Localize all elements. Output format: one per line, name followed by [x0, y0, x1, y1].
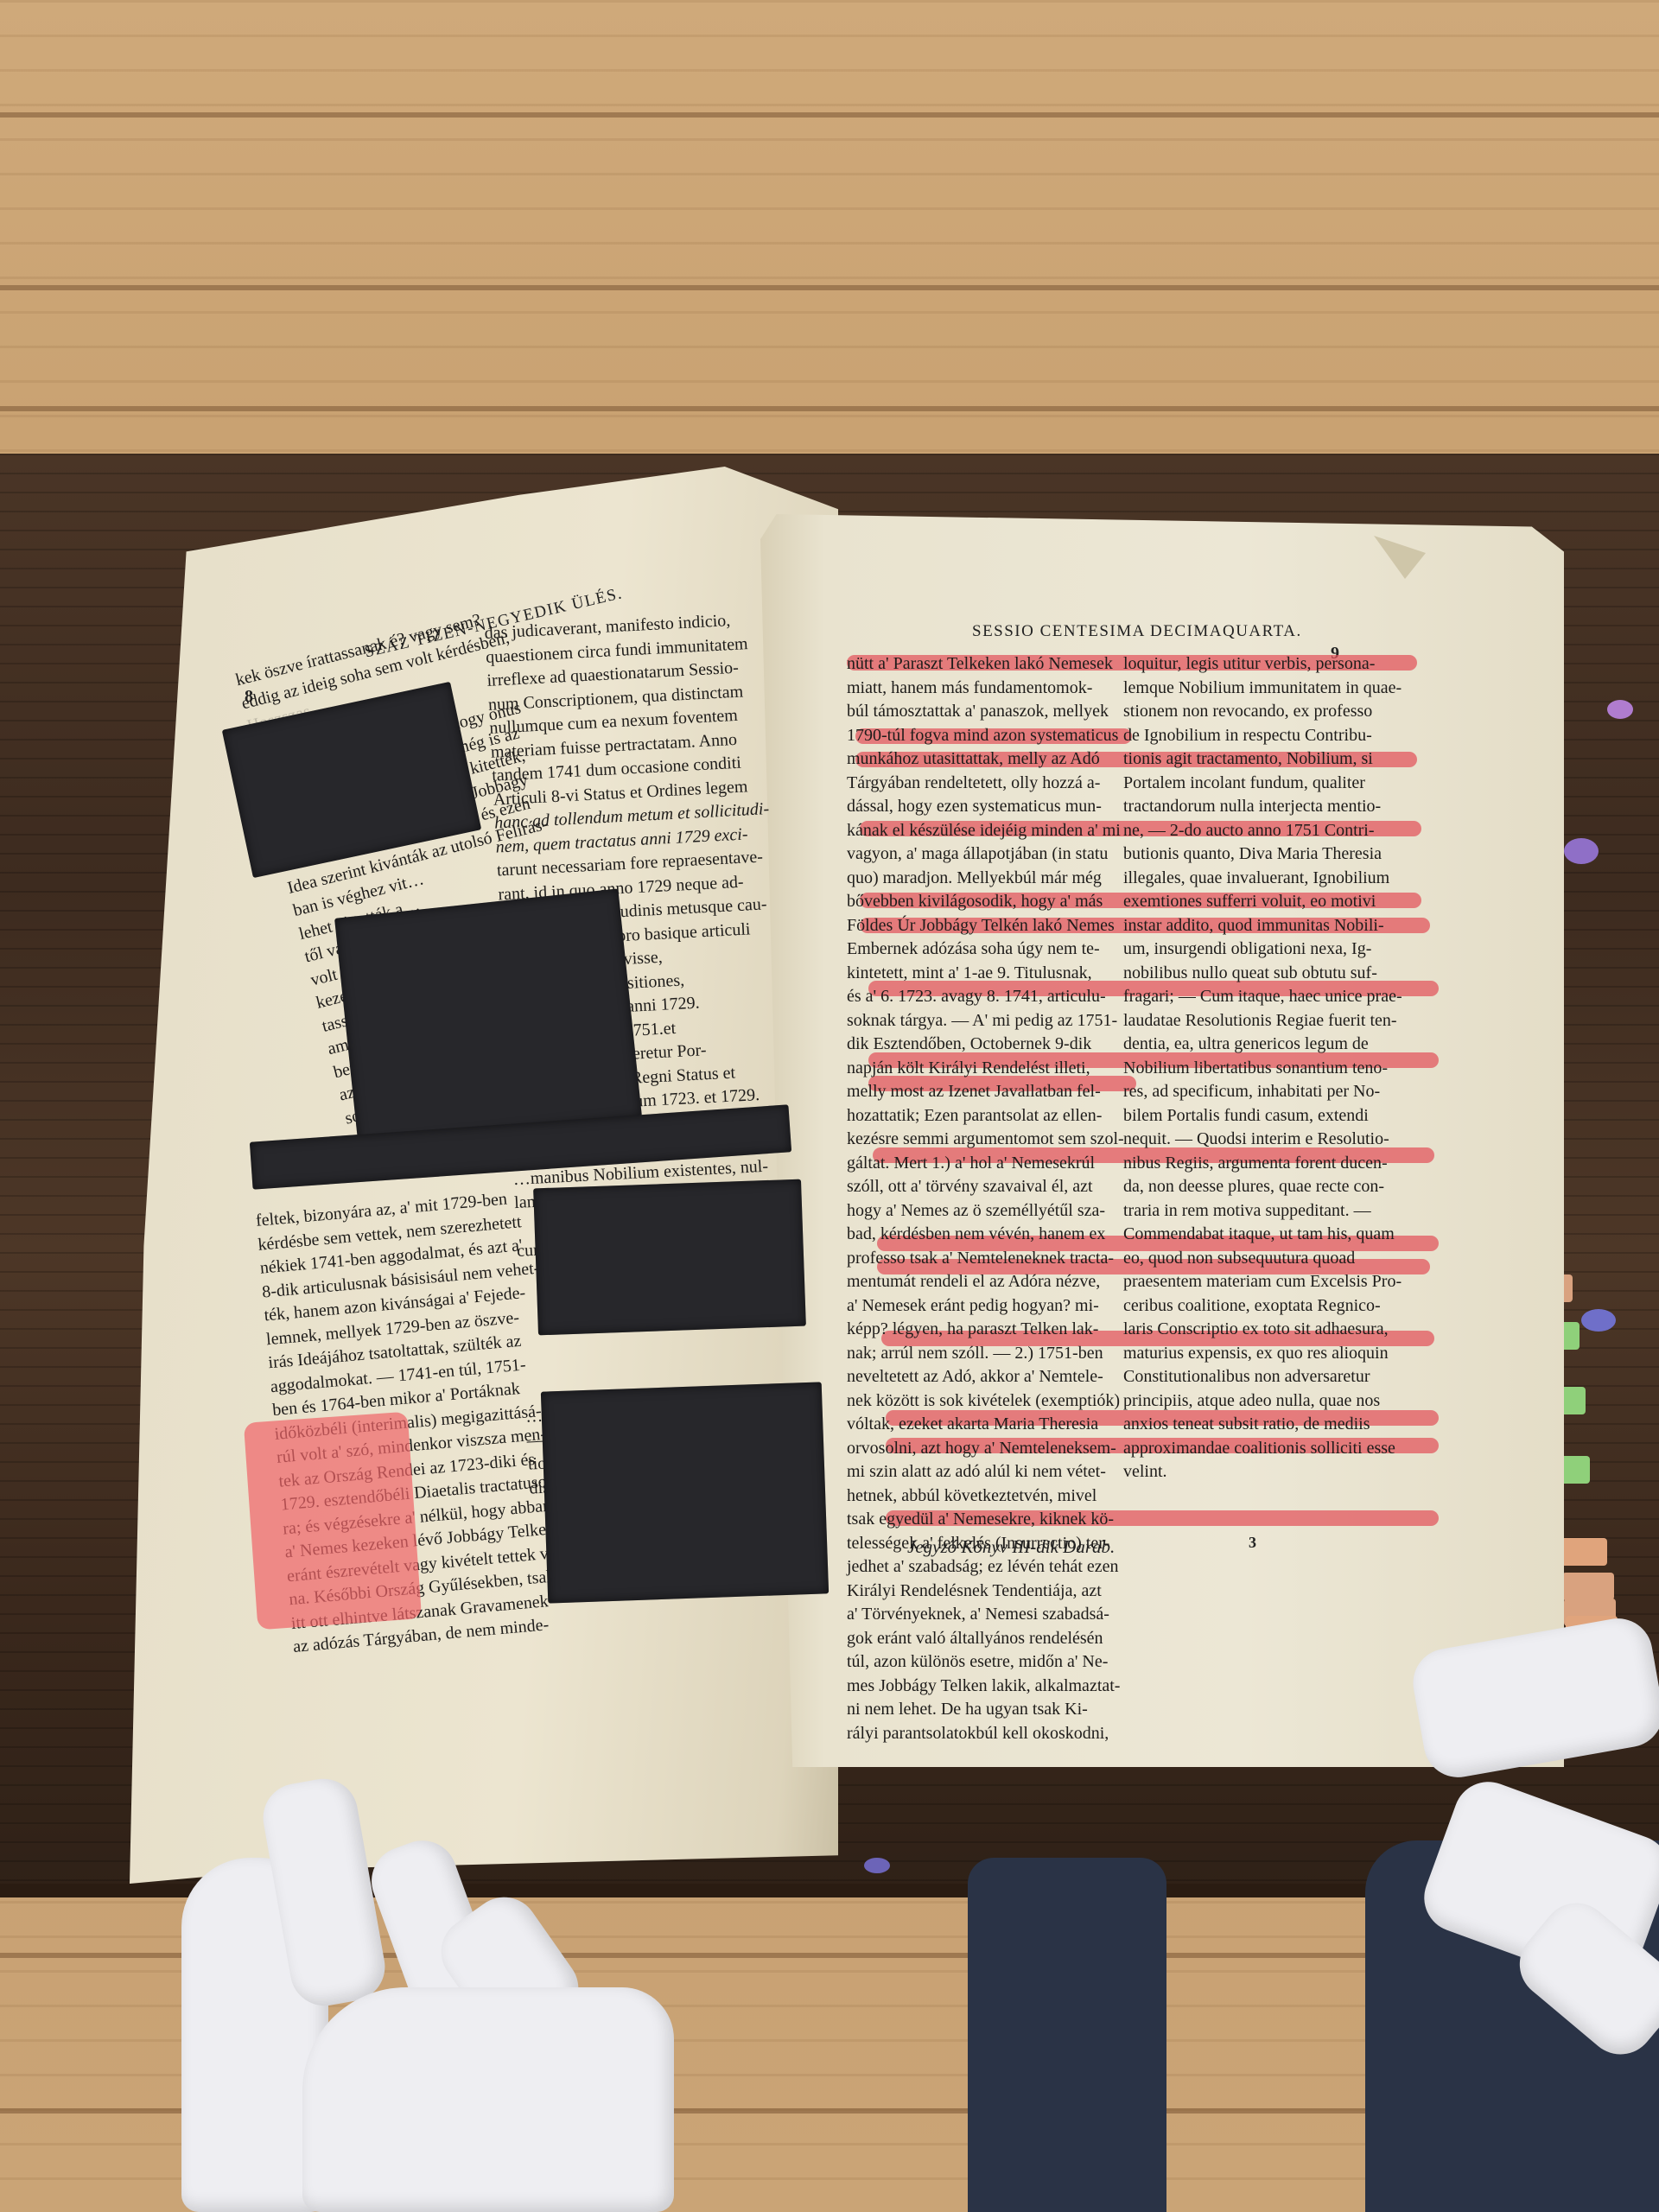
right-page-column-2: loquitur, legis utitur verbis, persona- … [1123, 652, 1402, 1484]
text-line: approximandae coalitionis solliciti esse [1123, 1437, 1402, 1461]
text-line: a' Nemesek eránt pedig hogyan? mi- [847, 1294, 1124, 1319]
text-line: dentia, ea, ultra genericos legum de [1123, 1033, 1402, 1057]
text-line: Commendabat itaque, ut tam his, quam [1123, 1223, 1402, 1247]
text-line: quo) maradjon. Mellyekbúl már még [847, 867, 1124, 891]
text-line: vóltak, ezeket akarta Maria Theresia [847, 1413, 1124, 1437]
text-line: mentumát rendeli el az Adóra nézve, [847, 1270, 1124, 1294]
text-line: nek között is sok kivételek (exemptiók) [847, 1389, 1124, 1414]
text-line: dik Esztendőben, Octobernek 9-dik [847, 1033, 1124, 1057]
text-line: tsak egyedül a' Nemesekre, kiknek kö- [847, 1508, 1124, 1532]
text-line: szóll, ott a' törvény szavaival él, azt [847, 1175, 1124, 1199]
text-line: instar addito, quod immunitas Nobili- [1123, 914, 1402, 938]
text-line: és a' 6. 1723. avagy 8. 1741, articulu- [847, 985, 1124, 1009]
person-leg-jeans [968, 1858, 1166, 2212]
text-line: ne, — 2-do aucto anno 1751 Contri- [1123, 819, 1402, 843]
text-line: fragari; — Cum itaque, haec unice prae- [1123, 985, 1402, 1009]
text-line: nibus Regiis, argumenta forent ducen- [1123, 1152, 1402, 1176]
text-line: túl, azon különös esetre, midőn a' Ne- [847, 1650, 1124, 1675]
text-line: mi szin alatt az adó alúl ki nem vétet- [847, 1460, 1124, 1484]
text-line: Királyi Rendelésnek Tendentiája, azt [847, 1580, 1124, 1604]
text-line: laris Conscriptio ex toto sit adhaesura, [1123, 1318, 1402, 1342]
text-line: stionem non revocando, ex professo [1123, 700, 1402, 724]
text-line: Constitutionalibus non adversaretur [1123, 1365, 1402, 1389]
text-line: hogy a' Nemes az ö személlyétűl sza- [847, 1199, 1124, 1224]
text-line: um, insurgendi obligationi nexa, Ig- [1123, 938, 1402, 962]
text-line: napján költ Királyi Rendelést illeti, [847, 1057, 1124, 1081]
text-line: a' Törvényeknek, a' Nemesi szabadsá- [847, 1603, 1124, 1627]
text-line: da, non deesse plures, quae recte con- [1123, 1175, 1402, 1199]
text-line: ni nem lehet. De ha ugyan tsak Ki- [847, 1698, 1124, 1722]
text-line: kának el készülése idejéig minden a' mi [847, 819, 1124, 843]
text-line: maturius expensis, ex quo res alioquin [1123, 1342, 1402, 1366]
text-line: principiis, atque adeo nulla, quae nos [1123, 1389, 1402, 1414]
black-redaction-block [334, 888, 642, 1146]
text-line: illegales, quae invaluerant, Ignobilium [1123, 867, 1402, 891]
text-line: rályi parantsolatokbúl kell okoskodni, [847, 1722, 1124, 1746]
text-line: ceribus coalitione, exoptata Regnico- [1123, 1294, 1402, 1319]
text-line: dással, hogy ezen systematicus mun- [847, 795, 1124, 819]
text-line: eo, quod non subsequutura quoad [1123, 1247, 1402, 1271]
text-line: Földes Úr Jobbágy Telkén lakó Nemes [847, 914, 1124, 938]
text-line: bővebben kivilágosodik, hogy a' más [847, 890, 1124, 914]
text-line: praesentem materiam cum Excelsis Pro- [1123, 1270, 1402, 1294]
text-line: Tárgyában rendeltetett, olly hozzá a- [847, 772, 1124, 796]
right-page-header: SESSIO CENTESIMA DECIMAQUARTA. [972, 622, 1302, 641]
text-line: nobilibus nullo queat sub obtutu suf- [1123, 962, 1402, 986]
text-line: hetnek, abbúl következtetvén, mivel [847, 1484, 1124, 1509]
text-line: traria in rem motiva suppeditant. — [1123, 1199, 1402, 1224]
text-line: exemtiones sufferri voluit, eo motivi [1123, 890, 1402, 914]
text-line: búl támosztattak a' panaszok, mellyek [847, 700, 1124, 724]
text-line: melly most az Izenet Javallatban fel- [847, 1080, 1124, 1104]
text-line: munkához utasittattak, melly az Adó [847, 747, 1124, 772]
text-line: tractandorum nulla interjecta mentio- [1123, 795, 1402, 819]
text-line: orvosolni, azt hogy a' Nemteleneksem- [847, 1437, 1124, 1461]
text-line: professo tsak a' Nemteleneknek tracta- [847, 1247, 1124, 1271]
text-line: Portalem incolant fundum, qualiter [1123, 772, 1402, 796]
text-line: laudatae Resolutionis Regiae fuerit ten- [1123, 1009, 1402, 1033]
text-line: képp? légyen, ha paraszt Telken lak- [847, 1318, 1124, 1342]
text-line: Nobilium libertatibus sonantium teno- [1123, 1057, 1402, 1081]
text-line: gok eránt való általlyános rendelésén [847, 1627, 1124, 1651]
black-redaction-block [541, 1382, 829, 1603]
text-line: gáltat. Mert 1.) a' hol a' Nemesekrúl [847, 1152, 1124, 1176]
text-line: 1790-túl fogva mind azon systematicus [847, 724, 1124, 748]
text-line: bad, kérdésben nem vévén, hanem ex [847, 1223, 1124, 1247]
glove-back [302, 1987, 674, 2212]
right-page-footer: Jegyző Könyv III-dik Darab. [907, 1536, 1115, 1558]
text-line: nak; arrúl nem szóll. — 2.) 1751-ben [847, 1342, 1124, 1366]
black-redaction-block [533, 1179, 806, 1336]
text-line: miatt, hanem más fundamentomok- [847, 677, 1124, 701]
text-line: mes Jobbágy Telken lakik, alkalmaztat- [847, 1675, 1124, 1699]
text-line: tionis agit tractamento, Nobilium, si [1123, 747, 1402, 772]
text-line: Embernek adózása soha úgy nem te- [847, 938, 1124, 962]
text-line: kezésre semmi argumentomot sem szol- [847, 1128, 1124, 1152]
text-line: bilem Portalis fundi casum, extendi [1123, 1104, 1402, 1128]
text-line: kintetett, mint a' 1-ae 9. Titulusnak, [847, 962, 1124, 986]
text-line: nütt a' Paraszt Telkeken lakó Nemesek [847, 652, 1124, 677]
text-line: soknak tárgya. — A' mi pedig az 1751- [847, 1009, 1124, 1033]
text-line: anxios teneat subsit ratio, de mediis [1123, 1413, 1402, 1437]
red-highlight-block [244, 1412, 422, 1630]
text-line: nequit. — Quodsi interim e Resolutio- [1123, 1128, 1402, 1152]
text-line: neveltetett az Adó, akkor a' Nemtele- [847, 1365, 1124, 1389]
text-line: loquitur, legis utitur verbis, persona- [1123, 652, 1402, 677]
right-page-column-1: nütt a' Paraszt Telkeken lakó Nemesek mi… [847, 652, 1124, 1745]
text-line: hozattatik; Ezen parantsolat az ellen- [847, 1104, 1124, 1128]
text-line: de Ignobilium in respectu Contribu- [1123, 724, 1402, 748]
text-line: velint. [1123, 1460, 1402, 1484]
signature-mark: 3 [1249, 1534, 1256, 1552]
text-line: vagyon, a' maga állapotjában (in statu [847, 842, 1124, 867]
text-line: butionis quanto, Diva Maria Theresia [1123, 842, 1402, 867]
text-line: lemque Nobilium immunitatem in quae- [1123, 677, 1402, 701]
text-line: res, ad specificum, inhabitati per No- [1123, 1080, 1402, 1104]
text-line: jedhet a' szabadság; ez lévén tehát ezen [847, 1555, 1124, 1580]
